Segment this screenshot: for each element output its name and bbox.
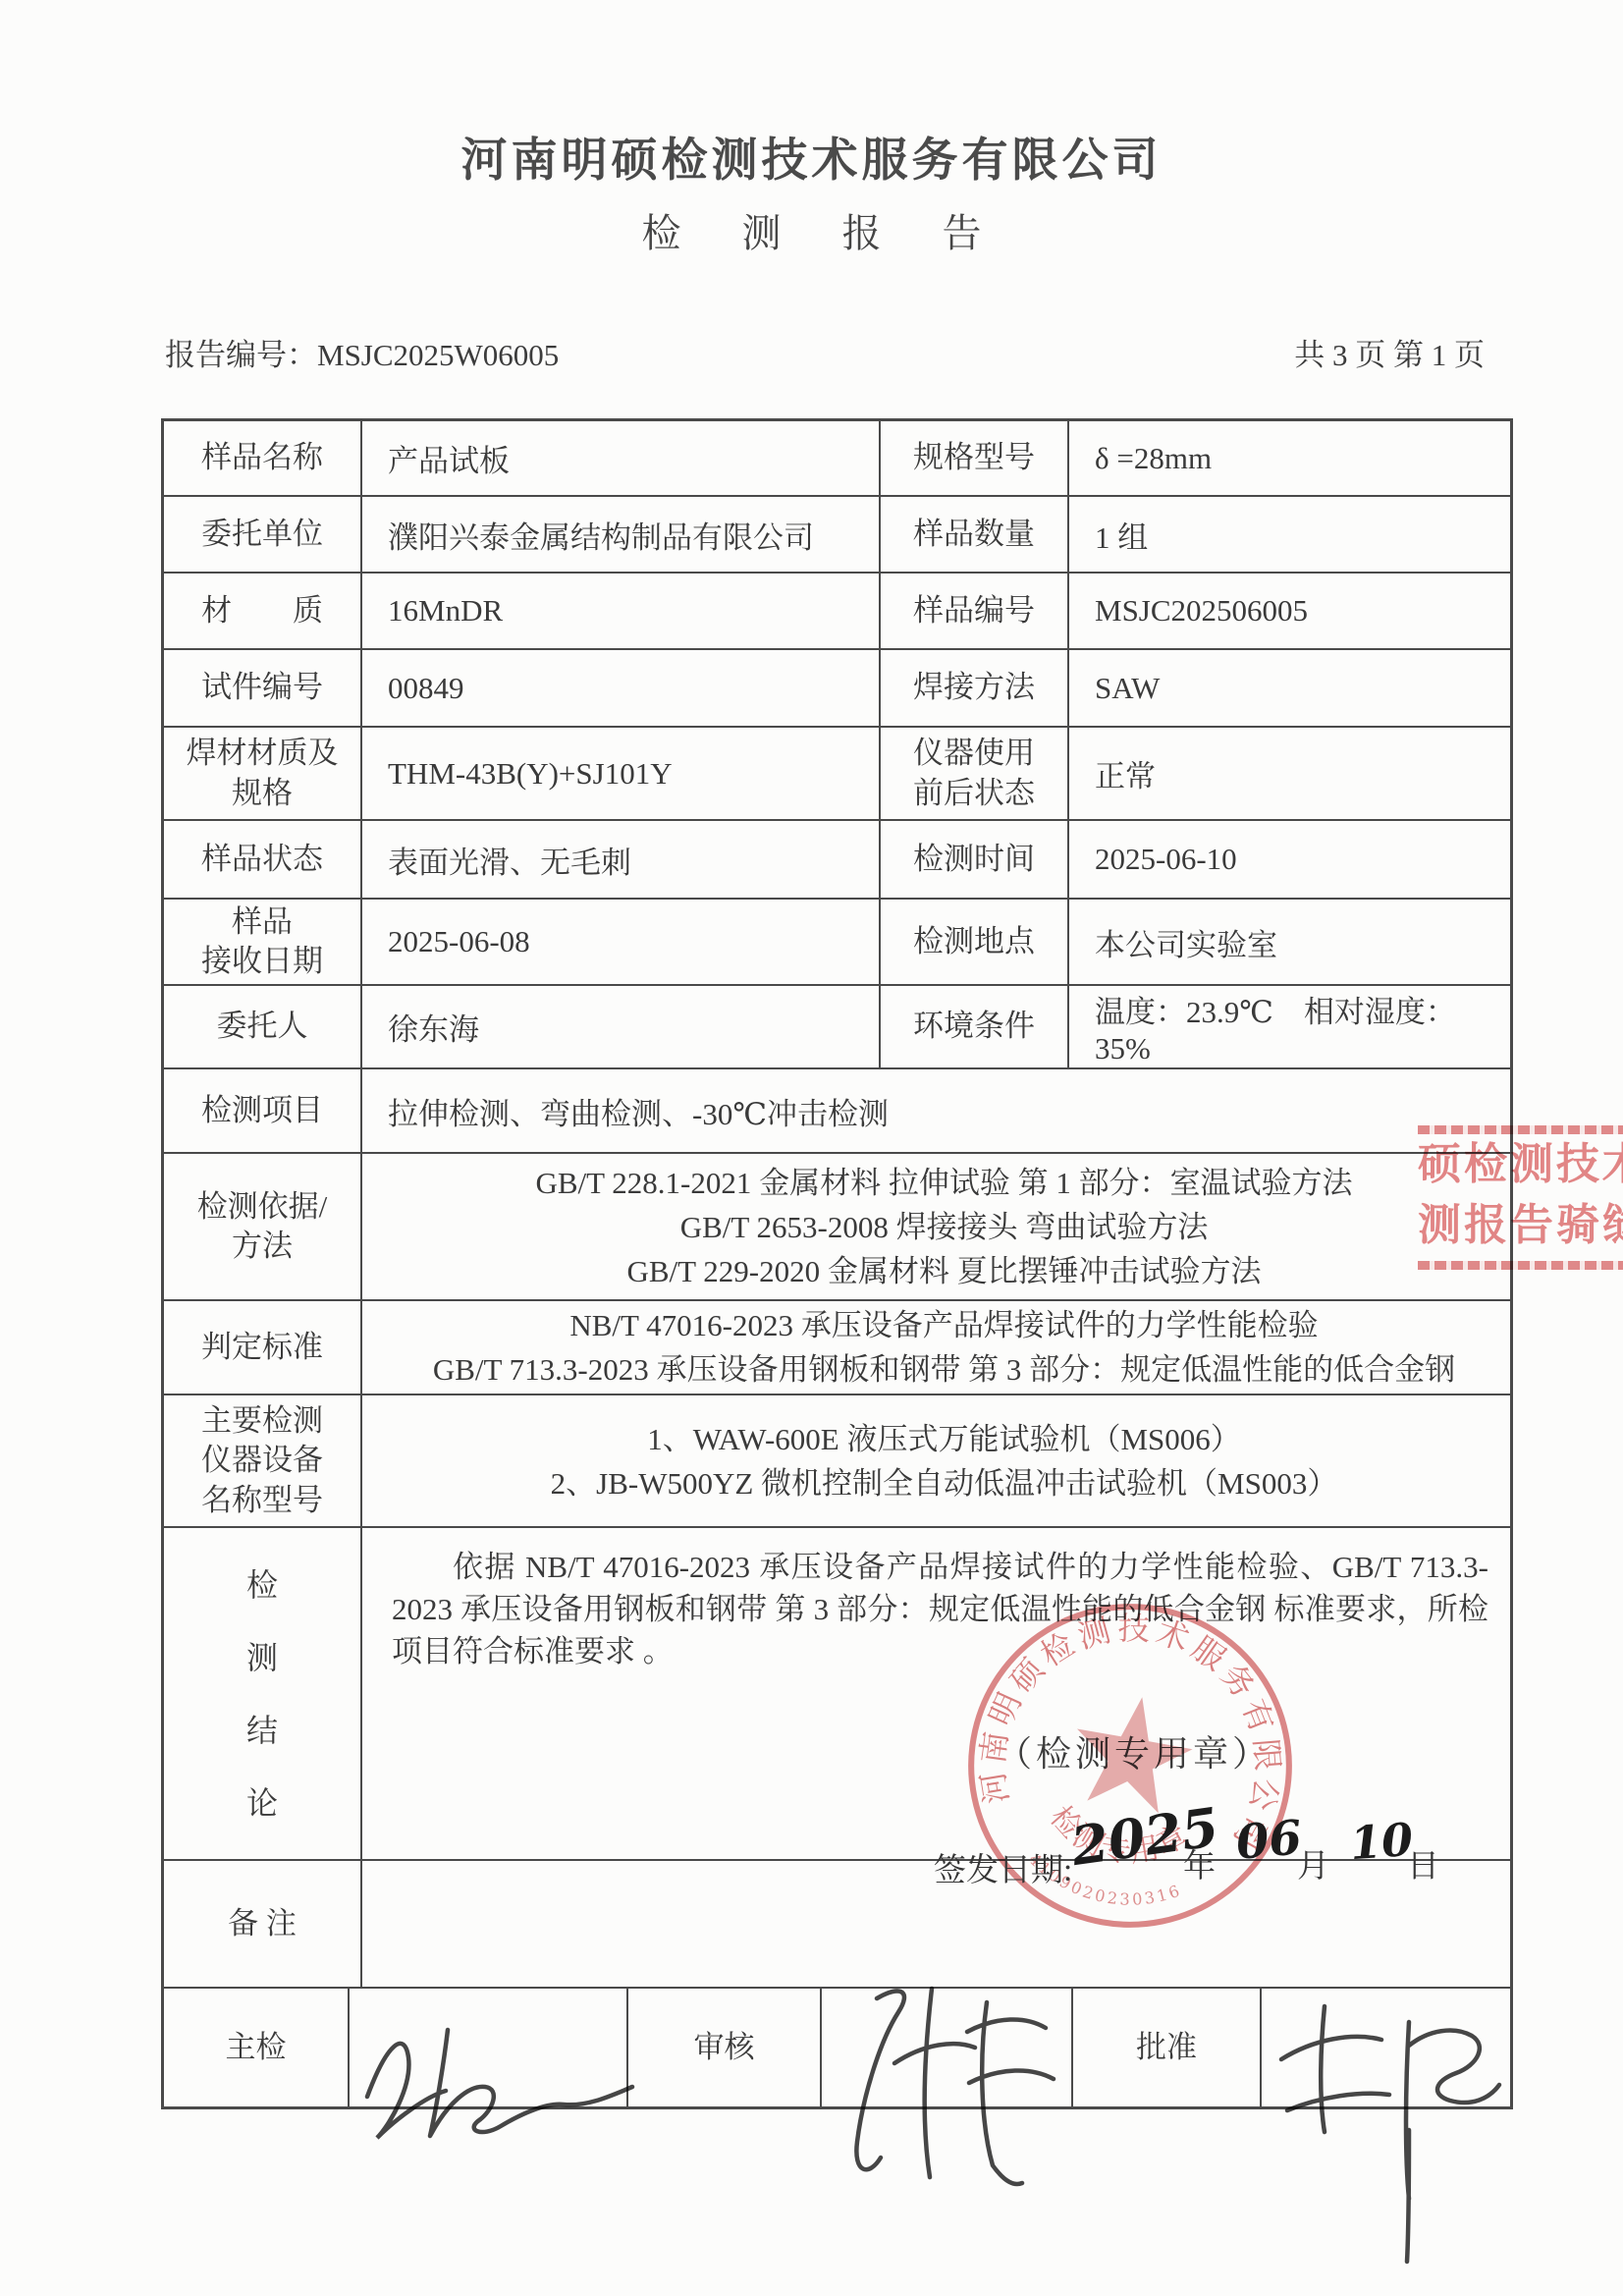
checker-signature: [353, 2000, 638, 2148]
conclusion-text: 依据 NB/T 47016-2023 承压设备产品焊接试件的力学性能检验、GB/…: [392, 1546, 1488, 1672]
table-row: 材 质 16MnDR 样品编号 MSJC202506005: [164, 574, 1510, 650]
edge-seal-bottom-border: [1418, 1261, 1623, 1270]
table-row: 检测项目 拉伸检测、弯曲检测、-30℃冲击检测: [164, 1069, 1510, 1154]
standard-line: NB/T 47016-2023 承压设备产品焊接试件的力学性能检验: [569, 1303, 1318, 1347]
sample-state-value: 表面光滑、无毛刺: [362, 821, 881, 898]
weld-method-value: SAW: [1069, 650, 1510, 726]
equipment-value: 1、WAW-600E 液压式万能试验机（MS006） 2、JB-W500YZ 微…: [362, 1395, 1510, 1526]
edge-paging-seal: 硕检测技术服 测报告骑缝章: [1418, 1125, 1623, 1270]
standard-line: GB/T 228.1-2021 金属材料 拉伸试验 第 1 部分：室温试验方法: [535, 1161, 1352, 1205]
instrument-state-label: 仪器使用 前后状态: [881, 728, 1069, 819]
table-row: 焊材材质及 规格 THM-43B(Y)+SJ101Y 仪器使用 前后状态 正常: [164, 728, 1510, 821]
test-basis-value: GB/T 228.1-2021 金属材料 拉伸试验 第 1 部分：室温试验方法 …: [362, 1154, 1510, 1299]
standard-line: GB/T 2653-2008 焊接接头 弯曲试验方法: [680, 1205, 1209, 1249]
approver-signature: [1262, 1983, 1507, 2269]
env-condition-label: 环境条件: [881, 986, 1069, 1067]
sample-no-label: 样品编号: [881, 574, 1069, 648]
judge-standard-label: 判定标准: [164, 1301, 362, 1394]
table-row: 试件编号 00849 焊接方法 SAW: [164, 650, 1510, 728]
company-title: 河南明硕检测技术服务有限公司: [0, 124, 1623, 190]
sample-state-label: 样品状态: [164, 821, 362, 898]
standard-line: GB/T 713.3-2023 承压设备用钢板和钢带 第 3 部分：规定低温性能…: [433, 1347, 1455, 1392]
receive-date-label: 样品 接收日期: [164, 900, 362, 984]
report-page: 河南明硕检测技术服务有限公司 检 测 报 告 报告编号：MSJC2025W060…: [0, 0, 1623, 2296]
doc-title: 检 测 报 告: [0, 202, 1623, 258]
table-row: 主要检测 仪器设备 名称型号 1、WAW-600E 液压式万能试验机（MS006…: [164, 1395, 1510, 1528]
test-place-label: 检测地点: [881, 900, 1069, 984]
table-row: 委托人 徐东海 环境条件 温度：23.9℃ 相对湿度：35%: [164, 986, 1510, 1069]
entrust-person-value: 徐东海: [362, 986, 881, 1067]
edge-seal-line2: 测报告骑缝章: [1418, 1195, 1623, 1256]
weld-material-value: THM-43B(Y)+SJ101Y: [362, 728, 881, 819]
test-basis-label: 检测依据/ 方法: [164, 1154, 362, 1299]
remark-label: 备 注: [164, 1861, 362, 1987]
instrument-state-value: 正常: [1069, 728, 1510, 819]
client-value: 濮阳兴泰金属结构制品有限公司: [362, 497, 881, 572]
report-meta-line: 报告编号：MSJC2025W06005 共 3 页 第 1 页: [165, 330, 1485, 374]
remark-row: 备 注: [164, 1861, 1510, 1989]
table-row: 样品状态 表面光滑、无毛刺 检测时间 2025-06-10: [164, 821, 1510, 900]
equipment-label: 主要检测 仪器设备 名称型号: [164, 1395, 362, 1526]
star-icon: [1065, 1687, 1200, 1817]
weld-material-label: 焊材材质及 规格: [164, 728, 362, 819]
table-row: 委托单位 濮阳兴泰金属结构制品有限公司 样品数量 1 组: [164, 497, 1510, 574]
report-number: 报告编号：MSJC2025W06005: [165, 330, 559, 374]
page-indicator: 共 3 页 第 1 页: [1294, 330, 1485, 374]
report-table: 样品名称 产品试板 规格型号 δ =28mm 委托单位 濮阳兴泰金属结构制品有限…: [161, 418, 1513, 2109]
sample-name-label: 样品名称: [164, 421, 362, 495]
spec-model-label: 规格型号: [881, 421, 1069, 495]
approver-label: 批准: [1073, 1989, 1262, 2106]
sample-qty-value: 1 组: [1069, 497, 1510, 572]
conclusion-row: 检 测 结 论 依据 NB/T 47016-2023 承压设备产品焊接试件的力学…: [164, 1528, 1510, 1861]
spec-model-value: δ =28mm: [1069, 421, 1510, 495]
entrust-person-label: 委托人: [164, 986, 362, 1067]
equipment-line: 2、JB-W500YZ 微机控制全自动低温冲击试验机（MS003）: [551, 1461, 1338, 1505]
judge-standard-value: NB/T 47016-2023 承压设备产品焊接试件的力学性能检验 GB/T 7…: [362, 1301, 1510, 1394]
table-row: 检测依据/ 方法 GB/T 228.1-2021 金属材料 拉伸试验 第 1 部…: [164, 1154, 1510, 1301]
test-items-label: 检测项目: [164, 1069, 362, 1152]
test-time-value: 2025-06-10: [1069, 821, 1510, 898]
approver-signature-cell: [1262, 1989, 1510, 2106]
table-row: 判定标准 NB/T 47016-2023 承压设备产品焊接试件的力学性能检验 G…: [164, 1301, 1510, 1395]
weld-method-label: 焊接方法: [881, 650, 1069, 726]
reviewer-signature-cell: [822, 1989, 1073, 2106]
sample-name-value: 产品试板: [362, 421, 881, 495]
edge-seal-line1: 硕检测技术服: [1418, 1134, 1623, 1195]
checker-label: 主检: [164, 1989, 350, 2106]
conclusion-cell: 依据 NB/T 47016-2023 承压设备产品焊接试件的力学性能检验、GB/…: [362, 1528, 1510, 1859]
remark-value: [362, 1861, 1510, 1987]
test-items-value: 拉伸检测、弯曲检测、-30℃冲击检测: [362, 1069, 1510, 1152]
edge-seal-top-border: [1418, 1125, 1623, 1134]
material-value: 16MnDR: [362, 574, 881, 648]
conclusion-label: 检 测 结 论: [164, 1528, 362, 1859]
sample-no-value: MSJC202506005: [1069, 574, 1510, 648]
specimen-no-value: 00849: [362, 650, 881, 726]
env-condition-value: 温度：23.9℃ 相对湿度：35%: [1069, 986, 1510, 1067]
reviewer-signature: [830, 1977, 1075, 2198]
client-label: 委托单位: [164, 497, 362, 572]
table-row: 样品名称 产品试板 规格型号 δ =28mm: [164, 421, 1510, 497]
test-place-value: 本公司实验室: [1069, 900, 1510, 984]
sample-qty-label: 样品数量: [881, 497, 1069, 572]
receive-date-value: 2025-06-08: [362, 900, 881, 984]
checker-signature-cell: [350, 1989, 628, 2106]
standard-line: GB/T 229-2020 金属材料 夏比摆锤冲击试验方法: [626, 1249, 1261, 1293]
material-label: 材 质: [164, 574, 362, 648]
signoff-row: 主检 审核 批准: [164, 1989, 1510, 2106]
equipment-line: 1、WAW-600E 液压式万能试验机（MS006）: [647, 1417, 1241, 1461]
reviewer-label: 审核: [628, 1989, 822, 2106]
test-time-label: 检测时间: [881, 821, 1069, 898]
table-row: 样品 接收日期 2025-06-08 检测地点 本公司实验室: [164, 900, 1510, 986]
specimen-no-label: 试件编号: [164, 650, 362, 726]
